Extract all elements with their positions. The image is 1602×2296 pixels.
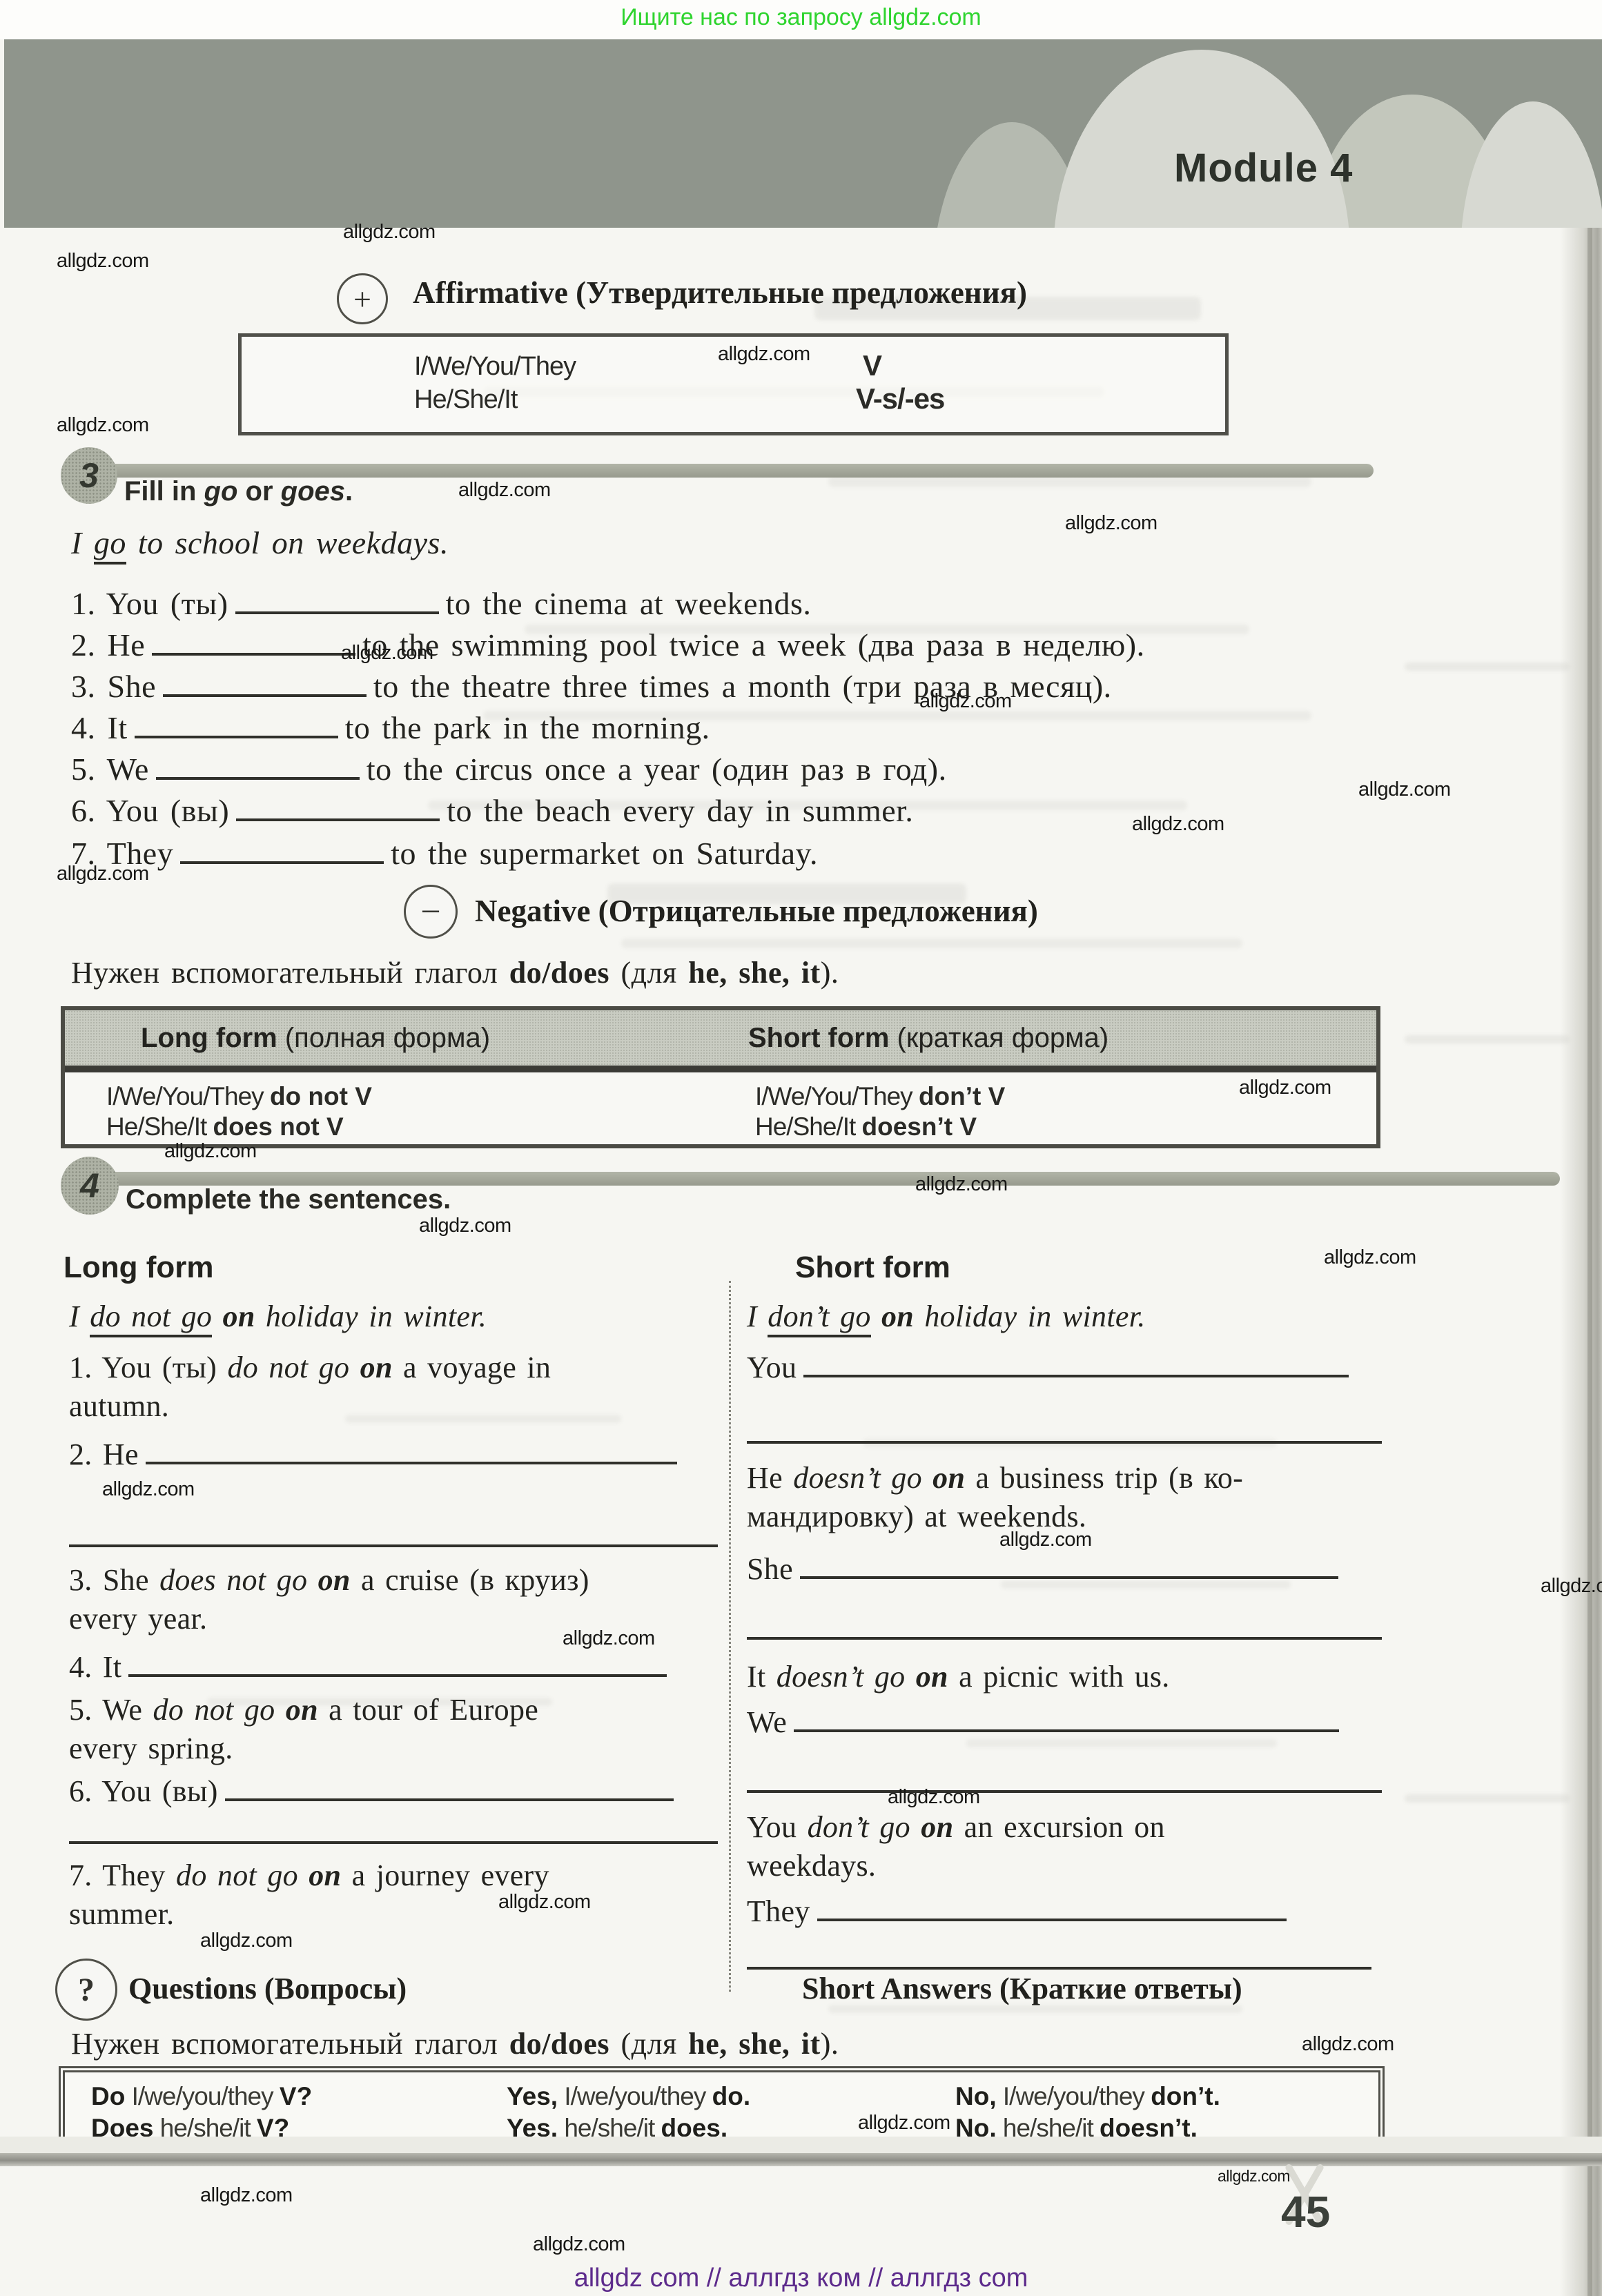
example-pre: I (71, 525, 94, 560)
answer-blank-line (747, 1441, 1382, 1444)
page-edge-shadow (1560, 228, 1602, 2296)
ex4-long-item-5-line-1: 5. We do not go on a tour of Europe (69, 1692, 538, 1727)
long-form-note: (полная форма) (277, 1023, 490, 1053)
item-text: to the circus once a year (один раз в го… (367, 752, 947, 787)
long-form-header: Long form (полная форма) (141, 1023, 490, 1054)
watermark: allgdz.com (1541, 1575, 1602, 1598)
short-form-note: (краткая форма) (889, 1023, 1108, 1053)
pre: He (747, 1461, 793, 1495)
on: on (360, 1351, 393, 1384)
pre: You (747, 1810, 808, 1844)
ex4-long-item-5-line-2: every spring. (69, 1731, 233, 1766)
yes: Yes, (507, 2082, 558, 2110)
on: on (921, 1810, 953, 1844)
example-underlined: do not go (90, 1299, 212, 1337)
pre: They (747, 1894, 810, 1928)
ex4-long-item-6: 6. You (вы) (69, 1774, 681, 1809)
post: a journey every (341, 1858, 549, 1892)
plus-icon: + (337, 273, 388, 324)
module-header-band: Module 4 (4, 39, 1602, 228)
verb: do not go (176, 1858, 309, 1892)
item-subject: She (108, 669, 157, 704)
bleed-streak (1405, 663, 1570, 671)
page-fold-light (0, 2137, 1602, 2153)
watermark: allgdz.com (533, 2233, 625, 2256)
pre: 7. They (69, 1858, 176, 1892)
watermark: allgdz.com (888, 1786, 980, 1809)
affirmative-verb-plural: V (863, 349, 881, 382)
answer-blank-line (747, 1637, 1382, 1640)
ex4-short-item-he-line-1: He doesn’t go on a business trip (в ко- (747, 1460, 1243, 1495)
note-part: Нужен вспомогательный глагол (71, 2027, 509, 2061)
verb-form: doesn’t V (862, 1112, 977, 1141)
title-goes: goes (281, 476, 345, 507)
ex4-long-item-3-line-1: 3. She does not go on a cruise (в круиз) (69, 1562, 589, 1598)
pre: 6. You (вы) (69, 1774, 218, 1808)
short-form-column-label: Short form (795, 1250, 950, 1285)
answer-blank (152, 632, 355, 656)
short-form-header: Short form (краткая форма) (748, 1023, 1108, 1054)
ex3-item-6: 6. You (вы)to the beach every day in sum… (71, 792, 913, 829)
answer-blank-line (747, 1967, 1371, 1970)
ex3-item-5: 5. Weto the circus once a year (один раз… (71, 751, 947, 787)
watermark: allgdz.com (1065, 512, 1157, 535)
watermark: allgdz.com (1132, 813, 1224, 836)
item-number: 3. (71, 669, 108, 704)
column-divider (729, 1281, 731, 1992)
footer-banner: allgdz com // аллгдз ком // аллгдз com (0, 2264, 1602, 2293)
affirmative-verb-singular: V-s/-es (856, 382, 944, 415)
title-part: or (237, 476, 280, 507)
ex4-short-item-they: They (747, 1894, 1293, 1929)
item-subject: You (ты) (106, 586, 228, 621)
verb: doesn’t go (793, 1461, 932, 1495)
pre: It (747, 1660, 776, 1694)
affirmative-subjects-singular: He/She/It (414, 385, 517, 415)
petal-shape (1461, 101, 1602, 228)
ex4-long-item-1-line-1: 1. You (ты) do not go on a voyage in (69, 1350, 551, 1385)
short-form-label: Short form (748, 1023, 889, 1053)
item-text: to the swimming pool twice a week (два р… (362, 627, 1144, 663)
example-on: on (223, 1299, 255, 1333)
watermark: allgdz.com (164, 1140, 257, 1163)
example-answer-go: go (94, 525, 126, 565)
note-part: (для (609, 2027, 688, 2061)
title-go: go (204, 476, 238, 507)
negative-title: Negative (Отрицательные предложения) (475, 893, 1038, 929)
note-part: ). (821, 956, 839, 990)
watermark: allgdz.com (718, 343, 810, 366)
example-post: holiday in winter. (914, 1299, 1145, 1333)
watermark: allgdz.com (458, 479, 551, 502)
answer-blank-line (747, 1790, 1382, 1793)
exercise4-bar (76, 1172, 1560, 1186)
note-pronouns: he, she, it (688, 956, 821, 990)
watermark: allgdz.com (57, 863, 149, 885)
page-fold-shadow (0, 2153, 1602, 2166)
watermark: allgdz.com (341, 642, 433, 665)
watermark: allgdz.com (563, 1627, 655, 1650)
pre: She (747, 1552, 793, 1586)
bleed-streak (1405, 1035, 1570, 1043)
watermark: allgdz.com (1358, 778, 1451, 801)
watermark: allgdz.com (57, 250, 149, 273)
exercise4-number: 4 (61, 1157, 119, 1215)
exercise4-title: Complete the sentences. (126, 1184, 451, 1215)
ex4-short-item-you2-line-2: weekdays. (747, 1848, 876, 1883)
bleed-streak (345, 1415, 621, 1423)
item-text: to the park in the morning. (345, 710, 710, 745)
subjects: I/we/you/they (125, 2082, 280, 2110)
ex4-long-item-4: 4. It (69, 1649, 674, 1685)
watermark: allgdz.com (200, 2184, 293, 2207)
verb: V? (280, 2082, 312, 2110)
verb: do not go (153, 1693, 286, 1727)
subjects: He/She/It (755, 1112, 862, 1141)
note-part: (для (609, 956, 688, 990)
search-banner: Ищите нас по запросу allgdz.com (0, 4, 1602, 31)
post: an excursion on (953, 1810, 1164, 1844)
example-post: to school on weekdays. (126, 525, 449, 560)
negative-table: Long form (полная форма) Short form (кра… (61, 1006, 1380, 1148)
aux: don’t. (1151, 2082, 1220, 2110)
pre: 5. We (69, 1693, 153, 1727)
yes-answer-row-1: Yes, I/we/you/they do. (507, 2082, 750, 2111)
item-subject: You (вы) (106, 793, 229, 828)
watermark: allgdz.com (498, 1891, 591, 1914)
no-answer-row-1: No, I/we/you/they don’t. (955, 2082, 1220, 2111)
pre: 1. You (ты) (69, 1351, 227, 1384)
questions-title: Questions (Вопросы) (128, 1971, 407, 2006)
title-part: . (345, 476, 353, 507)
short-answers-title: Short Answers (Краткие ответы) (802, 1971, 1242, 2006)
watermark: allgdz.com (57, 414, 149, 437)
no: No, (955, 2082, 997, 2110)
verb-form: do not V (270, 1082, 372, 1110)
exercise3-bar (76, 464, 1374, 478)
pre: 2. He (69, 1438, 139, 1471)
negative-table-divider (65, 1066, 1376, 1072)
module-title: Module 4 (1174, 145, 1353, 191)
subjects: I/We/You/They (106, 1082, 270, 1110)
post: a voyage in (393, 1351, 551, 1384)
exercise3-example: I go to school on weekdays. (71, 524, 449, 561)
ex3-item-1: 1. You (ты)to the cinema at weekends. (71, 585, 811, 622)
answer-blank-line (69, 1544, 718, 1547)
ex4-short-item-you2-line-1: You don’t go on an excursion on (747, 1809, 1165, 1845)
watermark: allgdz.com (1302, 2033, 1394, 2056)
answer-blank (817, 1898, 1287, 1921)
aux: Do (91, 2082, 125, 2110)
item-number: 5. (71, 752, 107, 787)
watermark: allgdz.com (858, 2112, 950, 2135)
answer-blank (235, 591, 439, 614)
ex4-short-item-she: She (747, 1551, 1345, 1587)
bleed-streak (828, 476, 1311, 487)
item-text: to the supermarket on Saturday. (391, 836, 818, 871)
item-number: 6. (71, 793, 106, 828)
pre: 4. It (69, 1650, 121, 1684)
ex4-long-item-2: 2. He (69, 1437, 684, 1472)
affirmative-title: Affirmative (Утвердительные предложения) (413, 275, 1027, 311)
answer-blank (800, 1556, 1338, 1579)
negative-short-row-2: He/She/It doesn’t V (755, 1112, 977, 1141)
verb-form: does not V (213, 1112, 344, 1141)
ex4-long-item-1-line-2: autumn. (69, 1389, 169, 1424)
note-pronouns: he, she, it (688, 2027, 821, 2061)
verb: doesn’t go (776, 1660, 916, 1694)
watermark: allgdz.com (1239, 1077, 1331, 1099)
ex4-long-item-3-line-2: every year. (69, 1601, 207, 1636)
example-post: holiday in winter. (255, 1299, 487, 1333)
example-pre: I (69, 1299, 90, 1333)
workbook-page-scan: Ищите нас по запросу allgdz.com Module 4… (0, 0, 1602, 2296)
answer-blank (236, 798, 440, 821)
answer-blank (163, 674, 367, 697)
long-form-column-label: Long form (64, 1250, 214, 1285)
watermark: allgdz.com (200, 1930, 293, 1952)
on: on (286, 1693, 318, 1727)
post: a tour of Europe (318, 1693, 538, 1727)
watermark: allgdz.com (915, 1173, 1008, 1196)
watermark: allgdz.com (1324, 1246, 1416, 1269)
negative-short-row-1: I/We/You/They don’t V (755, 1082, 1005, 1111)
answer-blank (135, 715, 338, 738)
watermark: allgdz.com (343, 221, 436, 244)
answer-blank (803, 1354, 1349, 1377)
answer-blank (180, 841, 384, 864)
sp (871, 1299, 881, 1333)
example-on: on (881, 1299, 914, 1333)
page-edge-line (1588, 228, 1592, 2296)
bleed-streak (621, 939, 1242, 948)
item-subject: We (107, 752, 149, 787)
ex4-short-item-it: It doesn’t go on a picnic with us. (747, 1659, 1170, 1694)
question-row-1: Do I/we/you/they V? (91, 2082, 312, 2111)
pre: We (747, 1705, 787, 1739)
ex4-long-item-7-line-2: summer. (69, 1896, 174, 1932)
on: on (318, 1563, 351, 1597)
on: on (309, 1858, 341, 1892)
long-form-label: Long form (141, 1023, 277, 1053)
petal-shape (1053, 50, 1350, 228)
watermark: allgdz.com (419, 1215, 511, 1237)
sp (212, 1299, 222, 1333)
minus-icon: − (404, 885, 458, 939)
ex4-long-example: I do not go on holiday in winter. (69, 1299, 487, 1334)
subjects: I/We/You/They (755, 1082, 919, 1110)
verb-form: don’t V (919, 1082, 1005, 1110)
bleed-streak (966, 1739, 1277, 1747)
item-number: 4. (71, 710, 108, 745)
ex4-long-item-7-line-1: 7. They do not go on a journey every (69, 1858, 549, 1893)
ex3-item-4: 4. Itto the park in the morning. (71, 709, 710, 746)
on: on (932, 1461, 965, 1495)
note-do-does: do/does (509, 956, 609, 990)
ex3-item-2: 2. Heto the swimming pool twice a week (… (71, 627, 1145, 663)
title-part: Fill in (124, 476, 204, 507)
question-mark-icon: ? (55, 1959, 117, 2021)
page-number: 45 (1281, 2186, 1330, 2237)
example-underlined: don’t go (768, 1299, 870, 1337)
item-text: to the beach every day in summer. (447, 793, 913, 828)
post: a cruise (в круиз) (351, 1563, 589, 1597)
questions-note: Нужен вспомогательный глагол do/does (дл… (71, 2026, 839, 2061)
answer-blank (128, 1654, 667, 1677)
item-subject: It (108, 710, 128, 745)
answer-blank (146, 1441, 677, 1464)
watermark: allgdz.com (919, 690, 1012, 713)
note-part: ). (821, 2027, 839, 2061)
negative-note: Нужен вспомогательный глагол do/does (дл… (71, 955, 839, 990)
verb: don’t go (808, 1810, 921, 1844)
negative-long-row-1: I/We/You/They do not V (106, 1082, 372, 1111)
watermark: allgdz.com (999, 1529, 1092, 1551)
pre: 3. She (69, 1563, 159, 1597)
answer-blank (225, 1778, 674, 1801)
negative-long-row-2: He/She/It does not V (106, 1112, 344, 1141)
verb: does not go (159, 1563, 318, 1597)
watermark: allgdz.com (102, 1478, 195, 1501)
post: a picnic with us. (948, 1660, 1170, 1694)
item-subject: He (108, 627, 146, 663)
subjects: I/we/you/they (997, 2082, 1151, 2110)
item-number: 2. (71, 627, 108, 663)
answer-blank (156, 756, 360, 780)
subjects: I/we/you/they (558, 2082, 712, 2110)
bleed-streak (1405, 1794, 1570, 1803)
answer-blank-line (69, 1841, 718, 1844)
post: a business trip (в ко- (965, 1461, 1243, 1495)
ex4-short-example: I don’t go on holiday in winter. (747, 1299, 1146, 1334)
note-part: Нужен вспомогательный глагол (71, 956, 509, 990)
affirmative-subjects-plural: I/We/You/They (414, 352, 576, 382)
example-pre: I (747, 1299, 768, 1333)
ex3-item-7: 7. Theyto the supermarket on Saturday. (71, 835, 818, 872)
watermark: allgdz.com (1218, 2167, 1290, 2186)
on: on (916, 1660, 948, 1694)
ex4-short-item-we: We (747, 1705, 1346, 1740)
answer-blank (794, 1709, 1339, 1732)
pre: You (747, 1351, 797, 1384)
ex4-short-item-you: You (747, 1350, 1356, 1385)
exercise3-title: Fill in go or goes. (124, 476, 353, 507)
subjects: He/She/It (106, 1112, 213, 1141)
item-number: 1. (71, 586, 106, 621)
verb: do not go (227, 1351, 360, 1384)
aux: do. (712, 2082, 750, 2110)
exercise3-number: 3 (61, 447, 117, 504)
item-text: to the cinema at weekends. (446, 586, 812, 621)
note-do-does: do/does (509, 2027, 609, 2061)
